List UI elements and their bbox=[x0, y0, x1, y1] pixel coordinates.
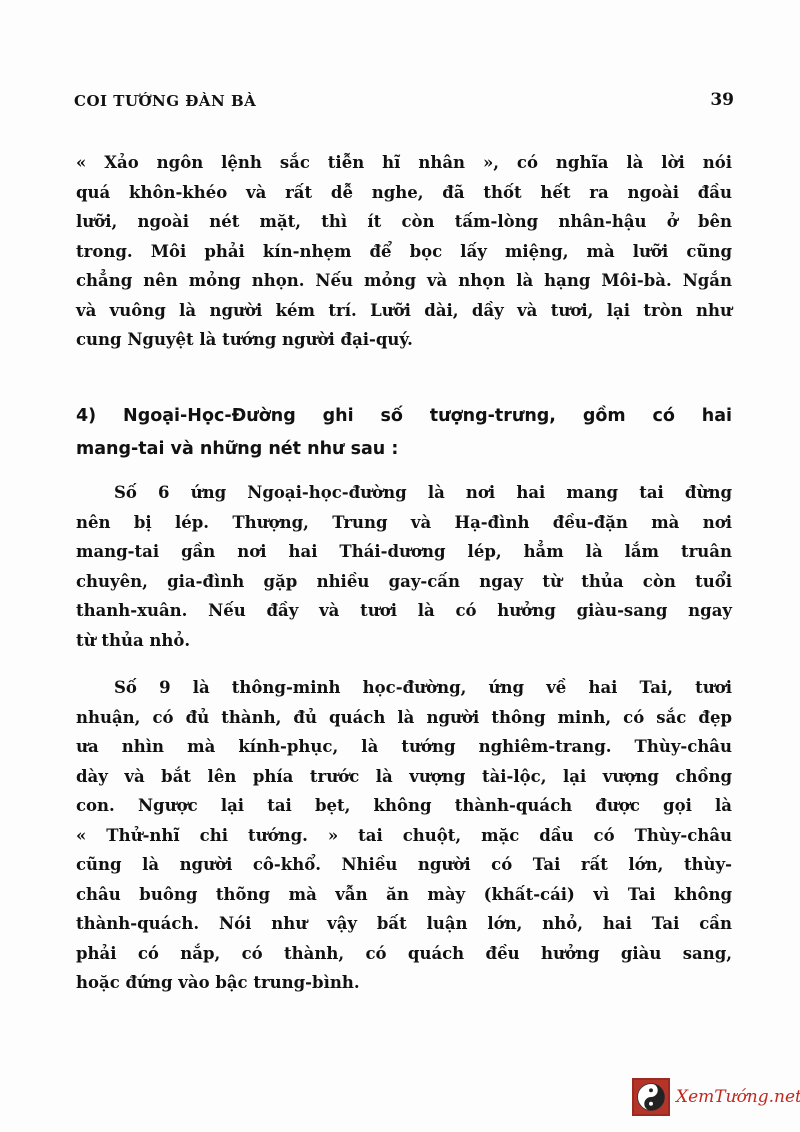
text-line: Số 9 là thông-minh học-đường, ứng về hai… bbox=[76, 673, 732, 703]
text-line: và vuông là người kém trí. Lưỡi dài, dầy… bbox=[76, 296, 732, 326]
paragraph-3: Số 9 là thông-minh học-đường, ứng về hai… bbox=[76, 673, 732, 998]
text-line: nên bị lép. Thượng, Trung và Hạ-đình đều… bbox=[76, 508, 732, 538]
yin-yang-icon bbox=[632, 1078, 670, 1116]
watermark-text: XemTướng.net bbox=[676, 1087, 800, 1107]
text-line: chẳng nên mỏng nhọn. Nếu mỏng và nhọn là… bbox=[76, 266, 732, 296]
text-line: « Thử-nhĩ chi tướng. » tai chuột, mặc dầ… bbox=[76, 821, 732, 851]
text-line: trong. Môi phải kín-nhẹm để bọc lấy miện… bbox=[76, 237, 732, 267]
text-line: lưỡi, ngoài nét mặt, thì ít còn tấm-lòng… bbox=[76, 207, 732, 237]
text-line: quá khôn-khéo và rất dễ nghe, đã thốt hế… bbox=[76, 178, 732, 208]
text-line: « Xảo ngôn lệnh sắc tiễn hĩ nhân », có n… bbox=[76, 148, 732, 178]
heading-line: mang-tai và những nét như sau : bbox=[76, 433, 732, 466]
running-head: COI TƯỚNG ĐÀN BÀ 39 bbox=[74, 92, 734, 116]
text-line: thanh-xuân. Nếu đầy và tươi là có hưởng … bbox=[76, 596, 732, 626]
paragraph-2: Số 6 ứng Ngoại-học-đường là nơi hai mang… bbox=[76, 478, 732, 655]
text-line: cung Nguyệt là tướng người đại-quý. bbox=[76, 325, 732, 355]
book-page: COI TƯỚNG ĐÀN BÀ 39 « Xảo ngôn lệnh sắc … bbox=[0, 0, 800, 1132]
text-line: chuyên, gia-đình gặp nhiều gay-cấn ngay … bbox=[76, 567, 732, 597]
text-line: Số 6 ứng Ngoại-học-đường là nơi hai mang… bbox=[76, 478, 732, 508]
text-line: từ thủa nhỏ. bbox=[76, 626, 732, 656]
text-line: hoặc đứng vào bậc trung-bình. bbox=[76, 968, 732, 998]
text-line: con. Ngược lại tai bẹt, không thành-quác… bbox=[76, 791, 732, 821]
text-line: nhuận, có đủ thành, đủ quách là người th… bbox=[76, 703, 732, 733]
heading-line: 4) Ngoại-Học-Đường ghi số tượng-trưng, g… bbox=[76, 400, 732, 433]
page-number: 39 bbox=[710, 90, 734, 110]
text-line: thành-quách. Nói như vậy bất luận lớn, n… bbox=[76, 909, 732, 939]
text-line: cũng là người cô-khổ. Nhiều người có Tai… bbox=[76, 850, 732, 880]
paragraph-1: « Xảo ngôn lệnh sắc tiễn hĩ nhân », có n… bbox=[76, 148, 732, 355]
section-heading: 4) Ngoại-Học-Đường ghi số tượng-trưng, g… bbox=[76, 400, 732, 466]
text-line: mang-tai gần nơi hai Thái-dương lép, hẳm… bbox=[76, 537, 732, 567]
text-line: phải có nắp, có thành, có quách đều hưởn… bbox=[76, 939, 732, 969]
running-title: COI TƯỚNG ĐÀN BÀ bbox=[74, 92, 256, 110]
site-watermark[interactable]: XemTướng.net bbox=[632, 1077, 800, 1117]
text-line: ưa nhìn mà kính-phục, là tướng nghiêm-tr… bbox=[76, 732, 732, 762]
text-line: dày và bắt lên phía trước là vượng tài-l… bbox=[76, 762, 732, 792]
text-line: châu buông thõng mà vẫn ăn mày (khất-cái… bbox=[76, 880, 732, 910]
